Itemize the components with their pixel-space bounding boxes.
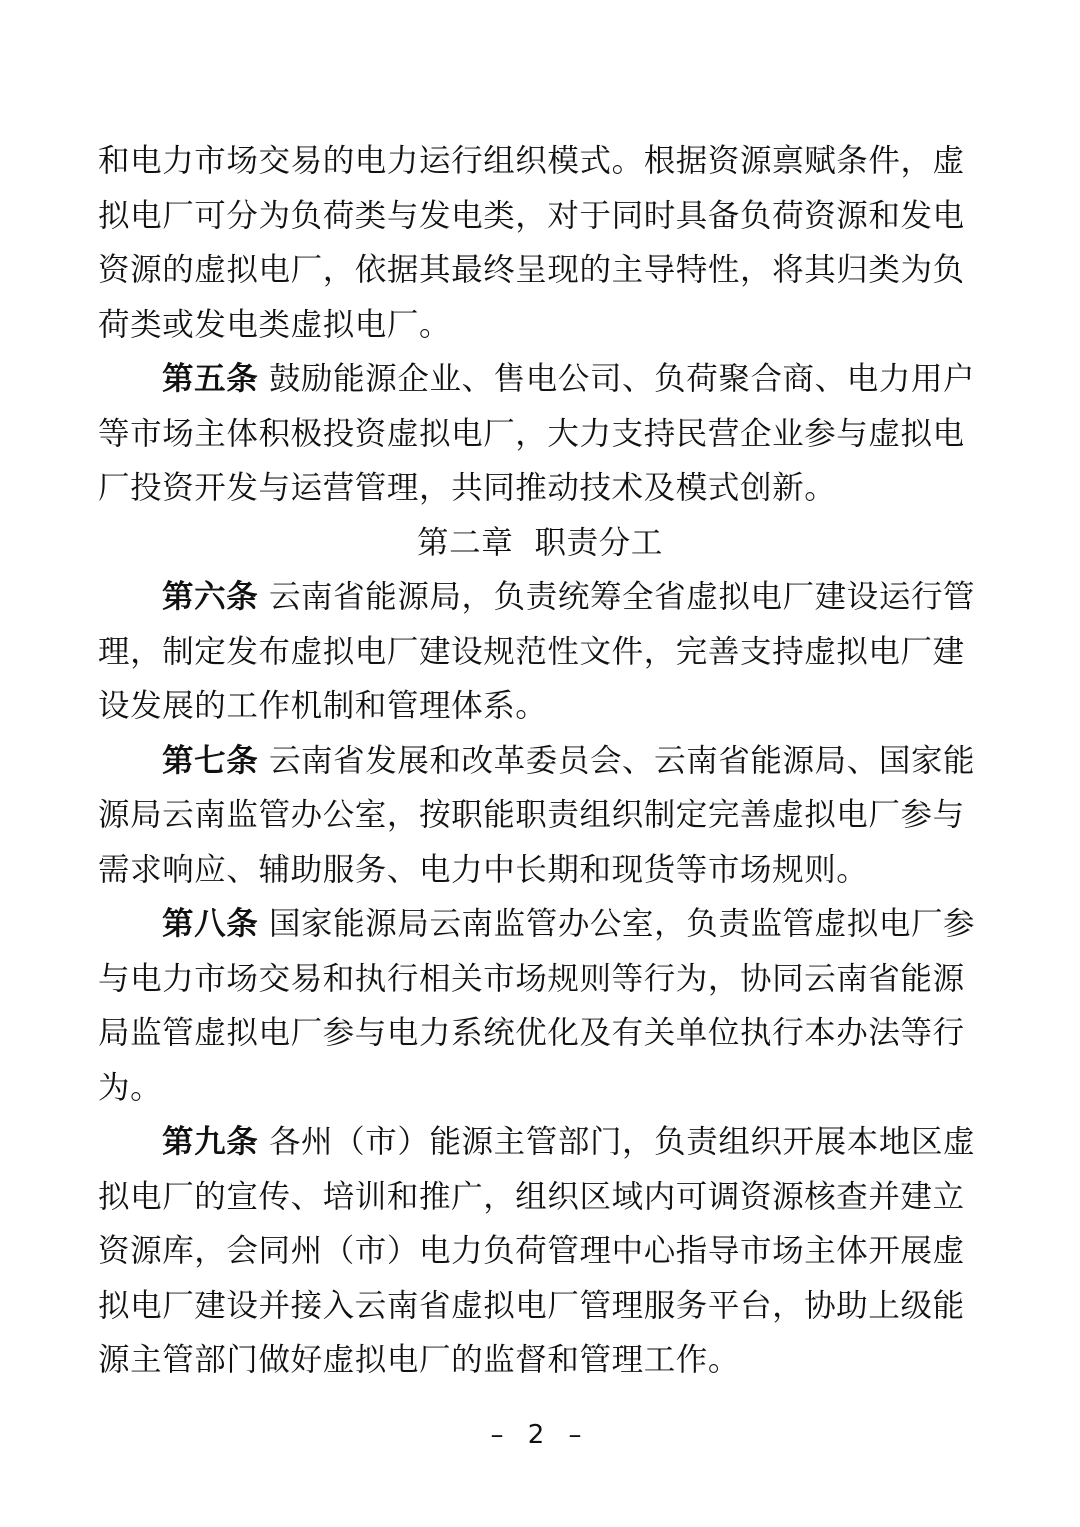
text-line: 需求响应、辅助服务、电力中长期和现货等市场规则。 (98, 843, 982, 898)
text-line: 厂投资开发与运营管理，共同推动技术及模式创新。 (98, 461, 982, 516)
text-line: 源局云南监管办公室，按职能职责组织制定完善虚拟电厂参与 (98, 788, 982, 843)
text-line: 等市场主体积极投资虚拟电厂，大力支持民营企业参与虚拟电 (98, 407, 982, 462)
article-text: 云南省发展和改革委员会、云南省能源局、国家能 (269, 743, 975, 779)
text-line: 荷类或发电类虚拟电厂。 (98, 298, 982, 353)
text-line: 拟电厂可分为负荷类与发电类，对于同时具备负荷资源和发电 (98, 189, 982, 244)
article-text: 国家能源局云南监管办公室，负责监管虚拟电厂参 (269, 906, 975, 942)
article-first-line: 第七条 云南省发展和改革委员会、云南省能源局、国家能 (98, 734, 982, 789)
page-number: – 2 – (0, 1420, 1080, 1450)
text-line: 与电力市场交易和执行相关市场规则等行为，协同云南省能源 (98, 952, 982, 1007)
article-label: 第八条 (162, 906, 258, 942)
article-9: 第九条 各州（市）能源主管部门，负责组织开展本地区虚 拟电厂的宣传、培训和推广，… (98, 1115, 982, 1388)
article-label: 第五条 (162, 361, 258, 397)
document-page: 和电力市场交易的电力运行组织模式。根据资源禀赋条件，虚 拟电厂可分为负荷类与发电… (98, 134, 982, 1388)
article-text: 鼓励能源企业、售电公司、负荷聚合商、电力用户 (269, 361, 975, 397)
article-first-line: 第六条 云南省能源局，负责统筹全省虚拟电厂建设运行管 (98, 570, 982, 625)
paragraph-continuation: 和电力市场交易的电力运行组织模式。根据资源禀赋条件，虚 拟电厂可分为负荷类与发电… (98, 134, 982, 352)
article-5: 第五条 鼓励能源企业、售电公司、负荷聚合商、电力用户 等市场主体积极投资虚拟电厂… (98, 352, 982, 516)
article-first-line: 第五条 鼓励能源企业、售电公司、负荷聚合商、电力用户 (98, 352, 982, 407)
article-label: 第七条 (162, 743, 258, 779)
text-line: 理，制定发布虚拟电厂建设规范性文件，完善支持虚拟电厂建 (98, 625, 982, 680)
article-text: 各州（市）能源主管部门，负责组织开展本地区虚 (269, 1124, 975, 1160)
article-text: 云南省能源局，负责统筹全省虚拟电厂建设运行管 (269, 579, 975, 615)
text-line: 资源库，会同州（市）电力负荷管理中心指导市场主体开展虚 (98, 1224, 982, 1279)
article-first-line: 第九条 各州（市）能源主管部门，负责组织开展本地区虚 (98, 1115, 982, 1170)
text-line: 设发展的工作机制和管理体系。 (98, 679, 982, 734)
text-line: 和电力市场交易的电力运行组织模式。根据资源禀赋条件，虚 (98, 134, 982, 189)
article-label: 第九条 (162, 1124, 258, 1160)
text-line: 为。 (98, 1061, 982, 1116)
article-first-line: 第八条 国家能源局云南监管办公室，负责监管虚拟电厂参 (98, 897, 982, 952)
article-6: 第六条 云南省能源局，负责统筹全省虚拟电厂建设运行管 理，制定发布虚拟电厂建设规… (98, 570, 982, 734)
article-label: 第六条 (162, 579, 258, 615)
text-line: 资源的虚拟电厂，依据其最终呈现的主导特性，将其归类为负 (98, 243, 982, 298)
text-line: 局监管虚拟电厂参与电力系统优化及有关单位执行本办法等行 (98, 1006, 982, 1061)
text-line: 拟电厂的宣传、培训和推广，组织区域内可调资源核查并建立 (98, 1170, 982, 1225)
chapter-heading: 第二章 职责分工 (98, 516, 982, 571)
text-line: 源主管部门做好虚拟电厂的监督和管理工作。 (98, 1333, 982, 1388)
article-8: 第八条 国家能源局云南监管办公室，负责监管虚拟电厂参 与电力市场交易和执行相关市… (98, 897, 982, 1115)
text-line: 拟电厂建设并接入云南省虚拟电厂管理服务平台，协助上级能 (98, 1279, 982, 1334)
article-7: 第七条 云南省发展和改革委员会、云南省能源局、国家能 源局云南监管办公室，按职能… (98, 734, 982, 898)
